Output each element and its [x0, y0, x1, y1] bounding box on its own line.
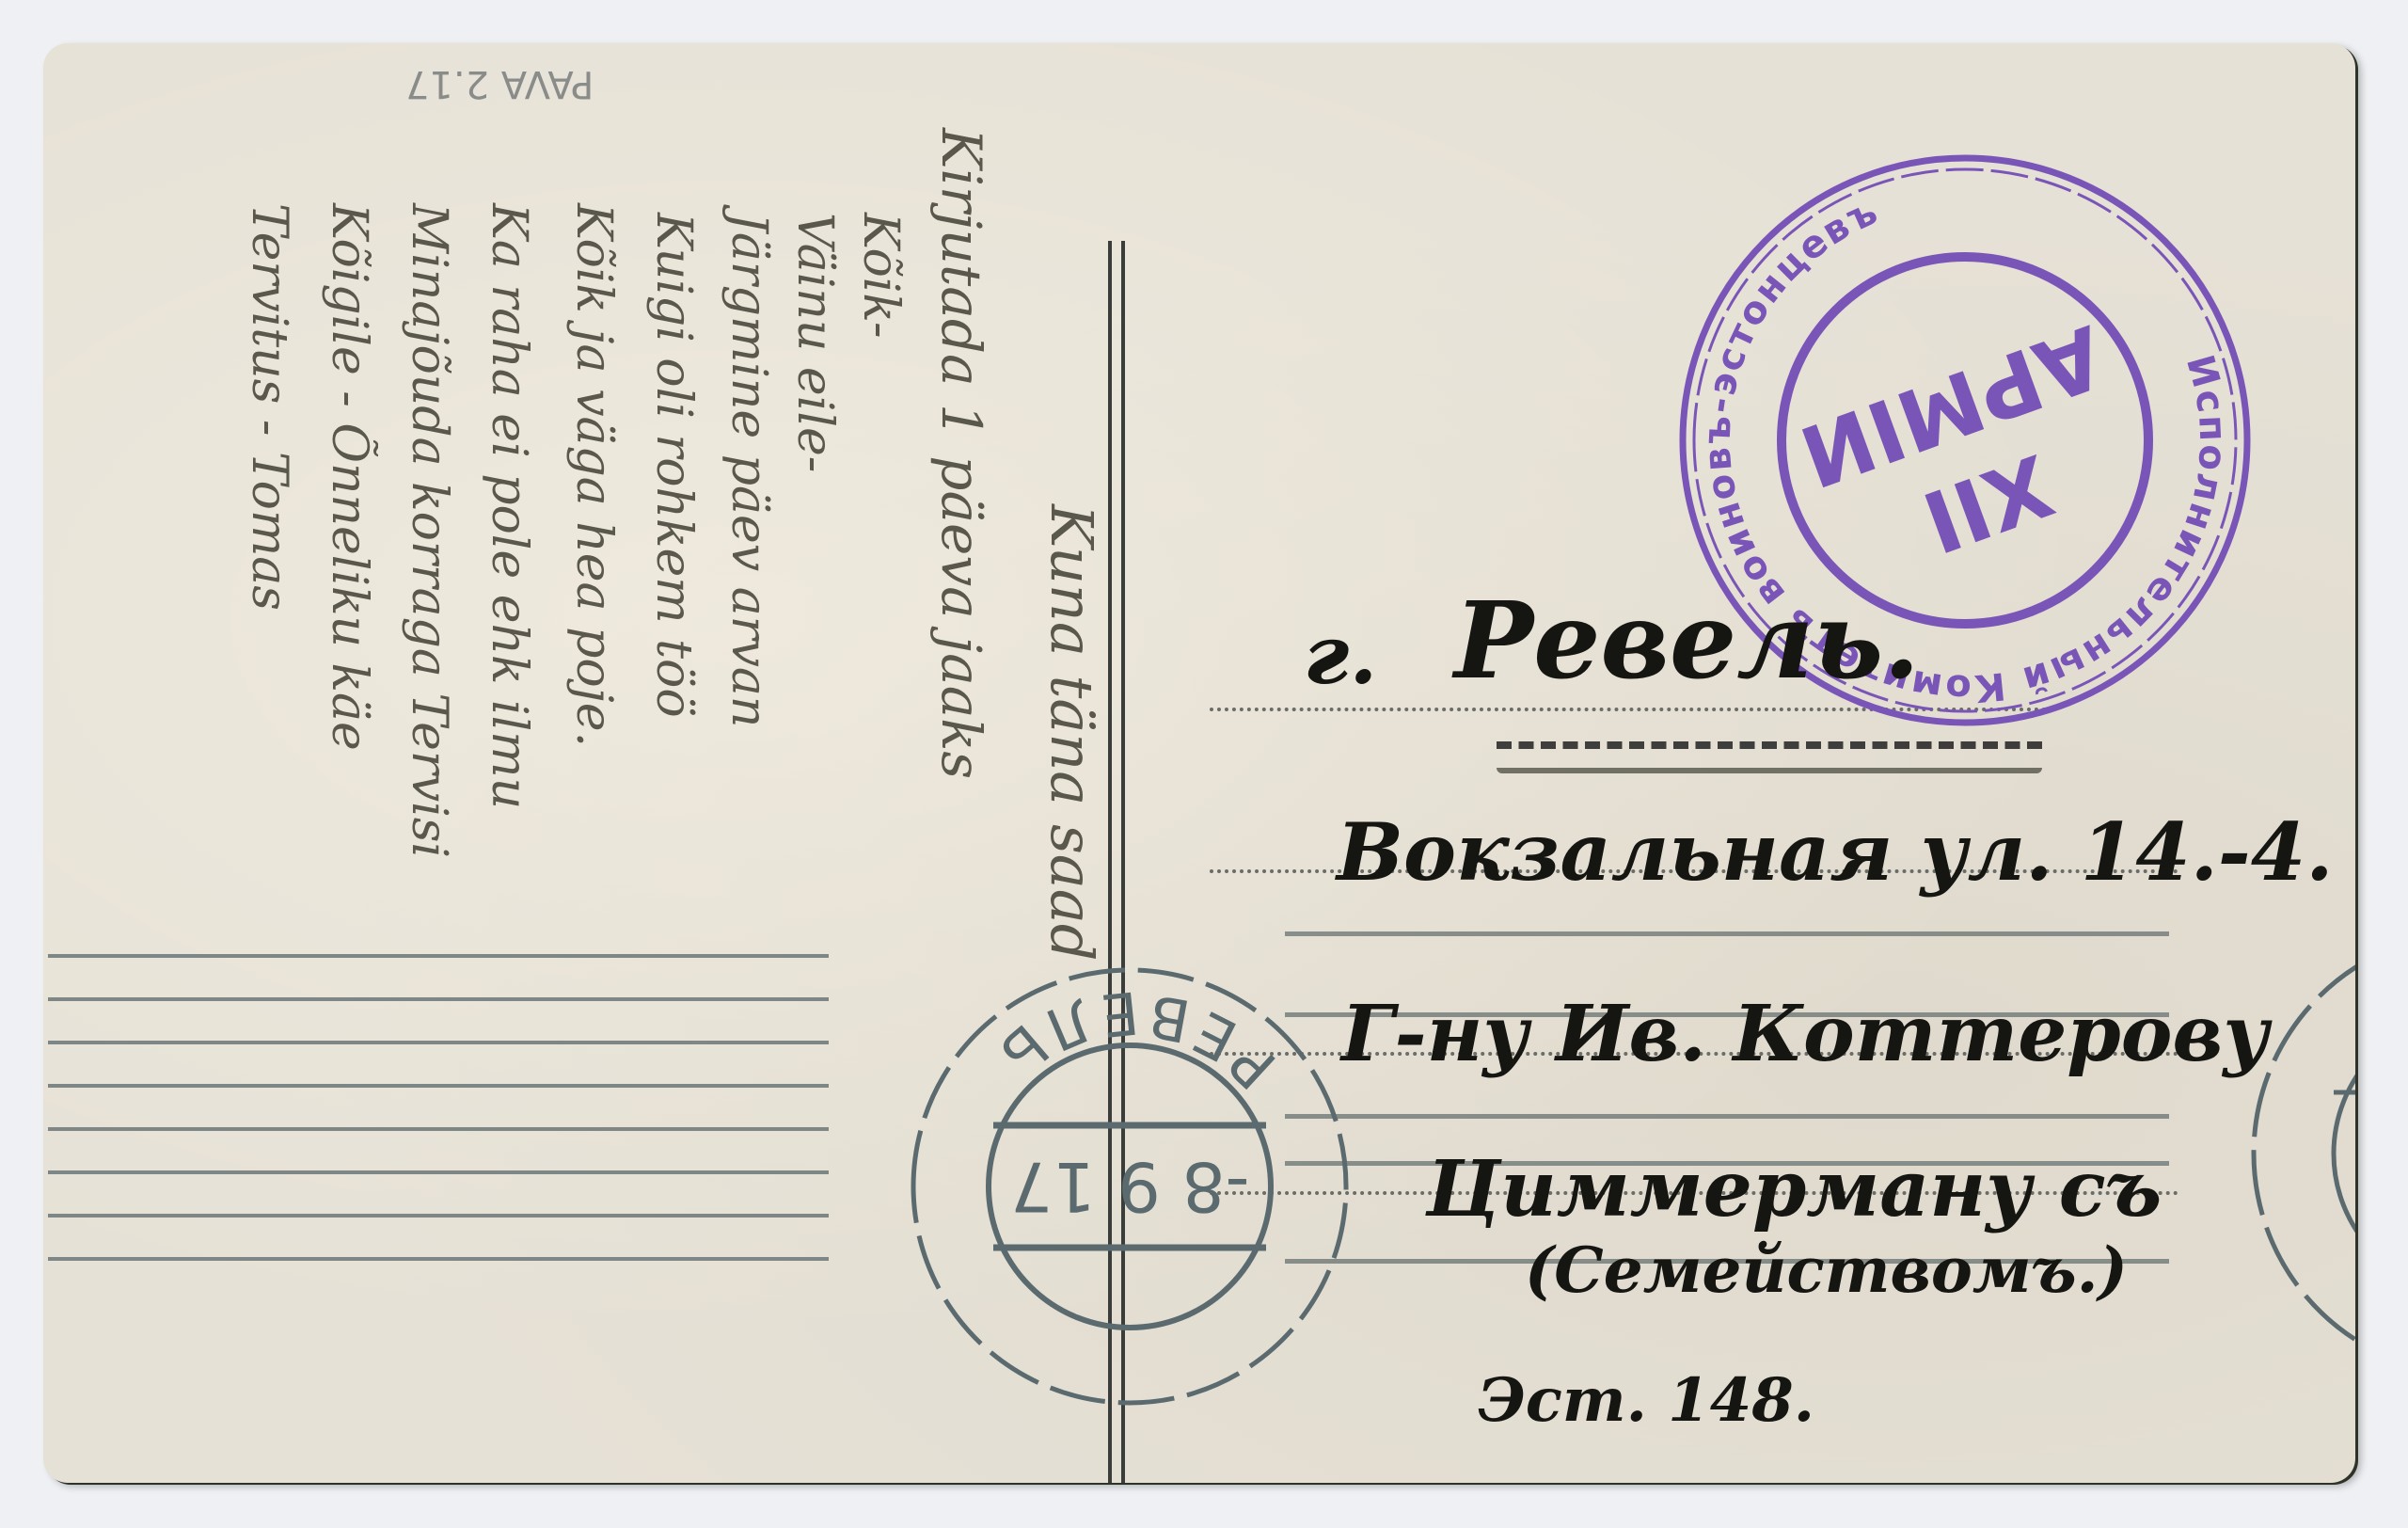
- message-line: Järgmine päev arvan: [721, 213, 777, 727]
- city-underline: [1497, 741, 2042, 756]
- address-city-prefix: г.: [1304, 608, 1377, 703]
- message-signature-side: Kuna täna saad: [1038, 504, 1106, 961]
- postmark-city: РЕВЕЛЬ: [974, 978, 1289, 1102]
- message-line: Kõik ja väga hea poje.: [565, 203, 622, 747]
- address-city: Ревель.: [1454, 580, 1920, 703]
- postcard: Kirjutada 1 päeva jaaks Kõik- Väinu eile…: [43, 43, 2355, 1483]
- message-line: Kuigi oli rohkem töö: [645, 213, 702, 718]
- address-estonian-unit: Эст. 148.: [1478, 1365, 1814, 1436]
- message-line: Väinu eile-: [786, 213, 843, 472]
- message-line: Minajõuda korraga Tervisi: [401, 203, 457, 858]
- message-line: Ka raha ei pole ehk ilmu: [481, 203, 537, 809]
- pencil-note-top: PAVA 2.17: [405, 62, 594, 105]
- postmark-revel: -8 9 17 РЕВЕЛЬ: [885, 942, 1374, 1431]
- address-street: Вокзальная ул. 14.-4.: [1337, 805, 2333, 899]
- message-line: Tervitus - Tomas: [241, 203, 297, 611]
- address-recipient-surname: Циммерману съ: [1426, 1144, 2162, 1234]
- message-line: Kõigile - Õnneliku käe: [321, 203, 377, 751]
- postmark-date: -8 9 17: [1010, 1147, 1250, 1226]
- message-line: Kirjutada 1 päeva jaaks: [929, 128, 993, 779]
- address-with-family: (Семействомъ.): [1525, 1234, 2128, 1307]
- svg-text:РЕВЕЛЬ: РЕВЕЛЬ: [974, 978, 1289, 1102]
- message-line: Kõik-: [852, 213, 909, 339]
- address-recipient: Г-ну Ив. Коттерову: [1341, 989, 2269, 1079]
